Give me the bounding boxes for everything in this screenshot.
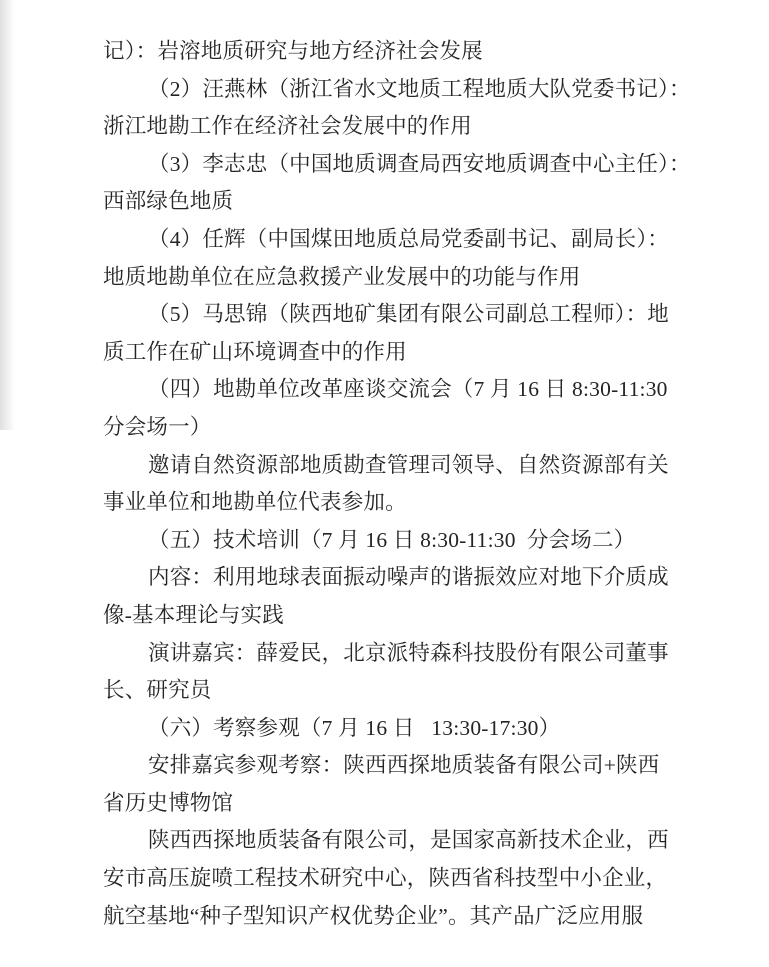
doc-line: 航空基地“种子型知识产权优势企业”。其产品广泛应用服 (103, 898, 703, 936)
doc-line: 事业单位和地勘单位代表参加。 (103, 484, 703, 522)
doc-line: （3）李志忠（中国地质调查局西安地质调查中心主任）： (103, 146, 703, 184)
document-page: 记）：岩溶地质研究与地方经济社会发展 （2）汪燕林（浙江省水文地质工程地质大队党… (0, 0, 769, 967)
doc-line: 西部绿色地质 (103, 183, 703, 221)
doc-line: 浙江地勘工作在经济社会发展中的作用 (103, 108, 703, 146)
doc-line: 分会场一） (103, 409, 703, 447)
doc-line: 像-基本理论与实践 (103, 597, 703, 635)
document-text-block: 记）：岩溶地质研究与地方经济社会发展 （2）汪燕林（浙江省水文地质工程地质大队党… (103, 33, 703, 935)
doc-line: （2）汪燕林（浙江省水文地质工程地质大队党委书记）： (103, 71, 703, 109)
doc-line: （4）任辉（中国煤田地质总局党委副书记、副局长）： (103, 221, 703, 259)
doc-line: 质工作在矿山环境调查中的作用 (103, 334, 703, 372)
scan-shadow-edge (0, 0, 15, 430)
doc-line: （六）考察参观（7 月 16 日 13:30-17:30） (103, 710, 703, 748)
doc-line: （5）马思锦（陕西地矿集团有限公司副总工程师）：地 (103, 296, 703, 334)
doc-line: 地质地勘单位在应急救援产业发展中的功能与作用 (103, 259, 703, 297)
doc-line: 长、研究员 (103, 672, 703, 710)
doc-line: （四）地勘单位改革座谈交流会（7 月 16 日 8:30-11:30 (103, 371, 703, 409)
doc-line: 演讲嘉宾：薛爱民，北京派特森科技股份有限公司董事 (103, 635, 703, 673)
doc-line: 安排嘉宾参观考察：陕西西探地质装备有限公司+陕西 (103, 747, 703, 785)
doc-line: 邀请自然资源部地质勘查管理司领导、自然资源部有关 (103, 447, 703, 485)
doc-line: 安市高压旋喷工程技术研究中心，陕西省科技型中小企业， (103, 860, 703, 898)
doc-line: （五）技术培训（7 月 16 日 8:30-11:30 分会场二） (103, 522, 703, 560)
doc-line: 省历史博物馆 (103, 785, 703, 823)
doc-line: 内容：利用地球表面振动噪声的谐振效应对地下介质成 (103, 559, 703, 597)
doc-line: 陕西西探地质装备有限公司，是国家高新技术企业，西 (103, 822, 703, 860)
doc-line: 记）：岩溶地质研究与地方经济社会发展 (103, 33, 703, 71)
